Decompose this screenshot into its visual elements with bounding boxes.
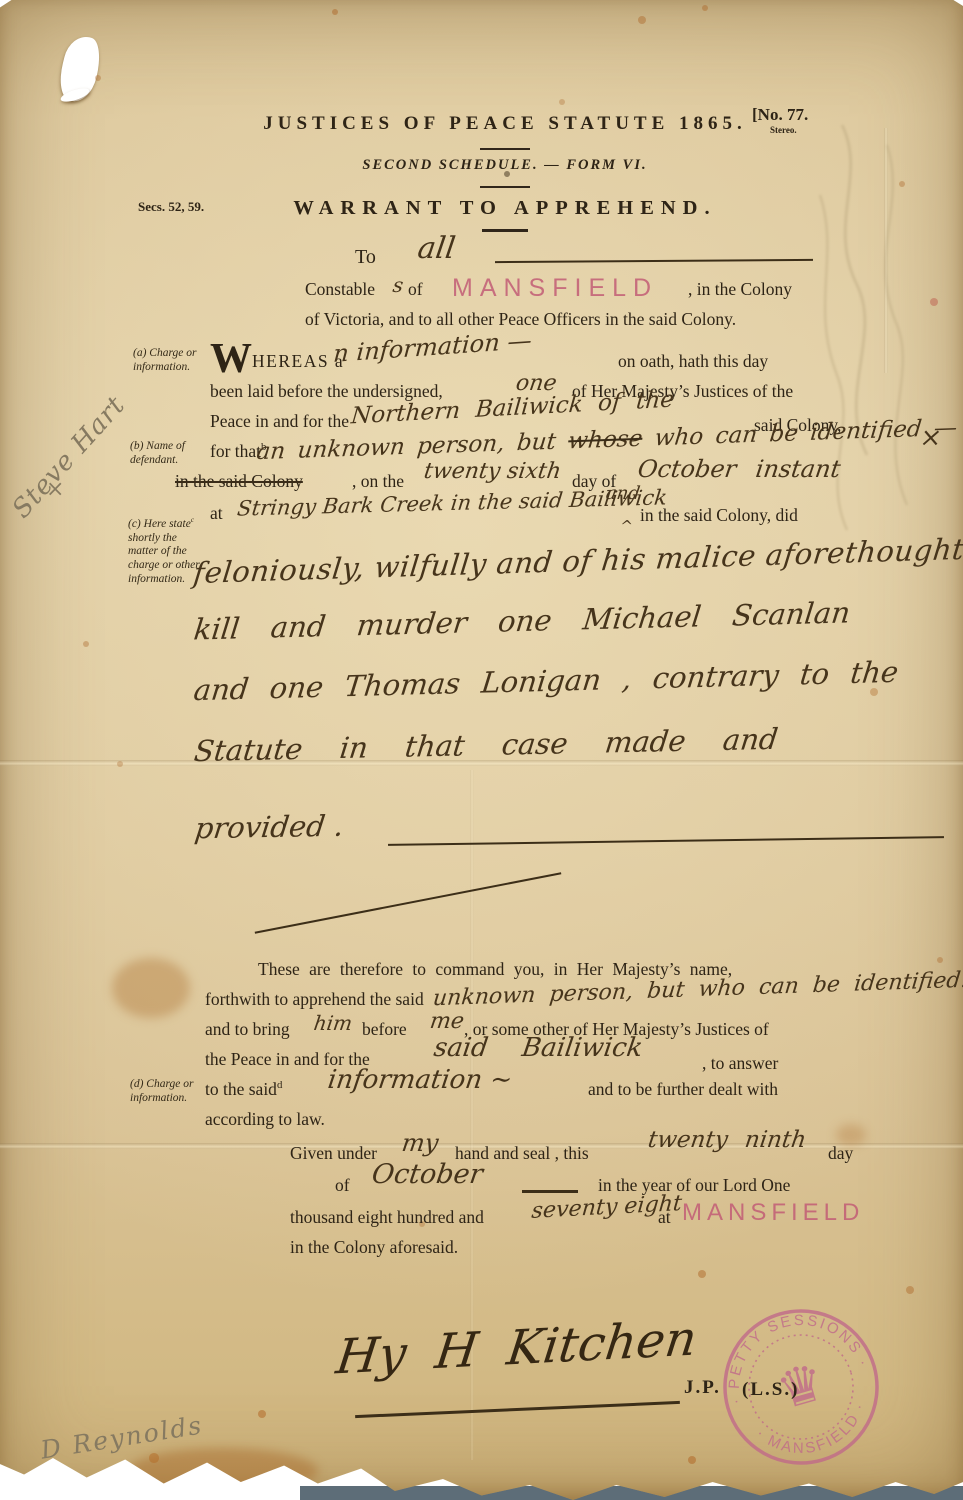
- forthwith-label: forthwith to apprehend the said: [205, 990, 424, 1009]
- before-label: before: [362, 1020, 407, 1039]
- in-said-colony-did: in the said Colony, did: [640, 506, 798, 525]
- flourish-ink-stroke: [255, 872, 562, 933]
- scanned-document-page: [No. 77. Stereo. JUSTICES OF PEACE STATU…: [0, 0, 963, 1500]
- command-line-1: These are therefore to command you, in H…: [258, 960, 732, 979]
- to-label: To: [355, 246, 376, 268]
- peace-in-and-for: Peace in and for the: [210, 412, 349, 431]
- charge-line-5: provided .: [193, 811, 346, 845]
- to-the-said-label: to the saidd: [205, 1080, 282, 1099]
- warrant-paper: [No. 77. Stereo. JUSTICES OF PEACE STATU…: [0, 0, 963, 1500]
- title-rule: [480, 148, 530, 150]
- to-answer-label: , to answer: [702, 1054, 778, 1073]
- me-handwritten: me: [428, 1010, 465, 1034]
- thousand-eight-hundred: thousand eight hundred and: [290, 1208, 484, 1227]
- been-laid-text: been laid before the undersigned,: [210, 382, 443, 401]
- statute-title: JUSTICES OF PEACE STATUTE 1865.: [263, 114, 747, 135]
- warrant-title: WARRANT TO APPREHEND.: [293, 197, 716, 220]
- struck-word-whose: whose: [567, 426, 644, 455]
- constable-plural-s: s: [391, 274, 404, 296]
- rust-stain-bottom: [128, 1448, 318, 1494]
- footnote-d-ref: d: [277, 1079, 282, 1091]
- margin-note-c-rest: shortly the matter of the charge or othe…: [128, 532, 200, 585]
- pencil-x-mark-left: ×: [46, 478, 64, 502]
- margin-note-a: (a) Charge or information.: [133, 347, 203, 375]
- him-handwritten: him: [312, 1012, 353, 1034]
- mansfield-stamp-bottom: MANSFIELD: [682, 1200, 864, 1226]
- in-the-colony: , in the Colony: [688, 280, 792, 299]
- signature-underline: [355, 1401, 680, 1418]
- charge-line-1: feloniously, wilfully and of his malice …: [192, 534, 963, 590]
- form-number: [No. 77.: [752, 106, 808, 125]
- and-to-bring-label: and to bring: [205, 1020, 290, 1039]
- stereo-label: Stereo.: [770, 126, 797, 136]
- of-label: of: [408, 280, 423, 299]
- inserted-and-handwritten: and: [605, 484, 642, 504]
- charge-line-3: and one Thomas Lonigan , contrary to the: [192, 657, 900, 707]
- further-dealt-with: and to be further dealt with: [588, 1080, 778, 1099]
- at-label-2: at: [658, 1208, 671, 1227]
- day-label-2: day: [828, 1144, 853, 1163]
- charge-line-2: kill and murder one Michael Scanlan: [192, 597, 852, 646]
- schedule-subtitle: SECOND SCHEDULE. — FORM VI.: [362, 158, 647, 174]
- on-the-label: , on the: [352, 472, 404, 491]
- whereas-rest: HEREAS a: [252, 352, 344, 371]
- steve-hart-pencil-note: Steve Hart: [7, 391, 131, 524]
- ls-label: (L.S.): [742, 1380, 799, 1401]
- year-of-our-lord: in the year of our Lord One: [598, 1176, 790, 1195]
- rust-stain-left: [112, 958, 190, 1018]
- whereas-dropcap: W: [210, 336, 252, 382]
- signature-handwritten: Hy H Kitchen: [333, 1313, 699, 1384]
- to-ink-rule: [495, 259, 813, 263]
- margin-note-b: (b) Name of defendant.: [130, 440, 200, 468]
- struck-in-said-colony: in the said Colony: [175, 472, 303, 491]
- foxing-spots: [0, 0, 4, 4]
- margin-note-d: (d) Charge or information.: [130, 1078, 200, 1106]
- margin-note-c-sup: c: [191, 516, 194, 524]
- insertion-caret: ^: [619, 518, 634, 535]
- my-handwritten: my: [400, 1130, 440, 1156]
- in-colony-aforesaid: in the Colony aforesaid.: [290, 1238, 458, 1257]
- margin-x-mark-right: ×: [918, 424, 944, 453]
- at-label: at: [210, 504, 223, 523]
- according-to-law: according to law.: [205, 1110, 325, 1129]
- twenty-sixth-handwritten: twenty sixth: [422, 460, 562, 484]
- margin-note-c-pre: (c) Here state: [128, 518, 191, 530]
- petty-sessions-seal: · PETTY SESSIONS · · MANSFIELD · ♛: [683, 1269, 918, 1500]
- information-2-handwritten: information ~: [326, 1066, 514, 1095]
- october-instant-handwritten: October instant: [636, 456, 842, 482]
- on-oath-text: on oath, hath this day: [618, 352, 768, 371]
- information-handwritten: n information —: [332, 327, 532, 367]
- constable-of-label: Constable: [305, 280, 375, 299]
- sections-reference: Secs. 52, 59.: [138, 200, 204, 214]
- october-dash-stroke: [522, 1190, 578, 1193]
- to-value-handwritten: all: [416, 232, 458, 265]
- stringy-bark-creek-handwritten: Stringy Bark Creek in the said Bailiwick: [236, 486, 668, 520]
- schedule-rule: [480, 186, 530, 188]
- mansfield-stamp-top: MANSFIELD: [452, 275, 658, 303]
- said-bailiwick-handwritten: said Bailiwick: [432, 1034, 645, 1063]
- october-handwritten: October: [370, 1160, 485, 1190]
- given-under-label: Given under: [290, 1144, 377, 1163]
- twenty-ninth-handwritten: twenty ninth: [646, 1128, 808, 1153]
- of-label-2: of: [335, 1176, 350, 1195]
- margin-note-c: (c) Here statec shortly the matter of th…: [128, 516, 202, 587]
- warrant-rule: [482, 229, 528, 232]
